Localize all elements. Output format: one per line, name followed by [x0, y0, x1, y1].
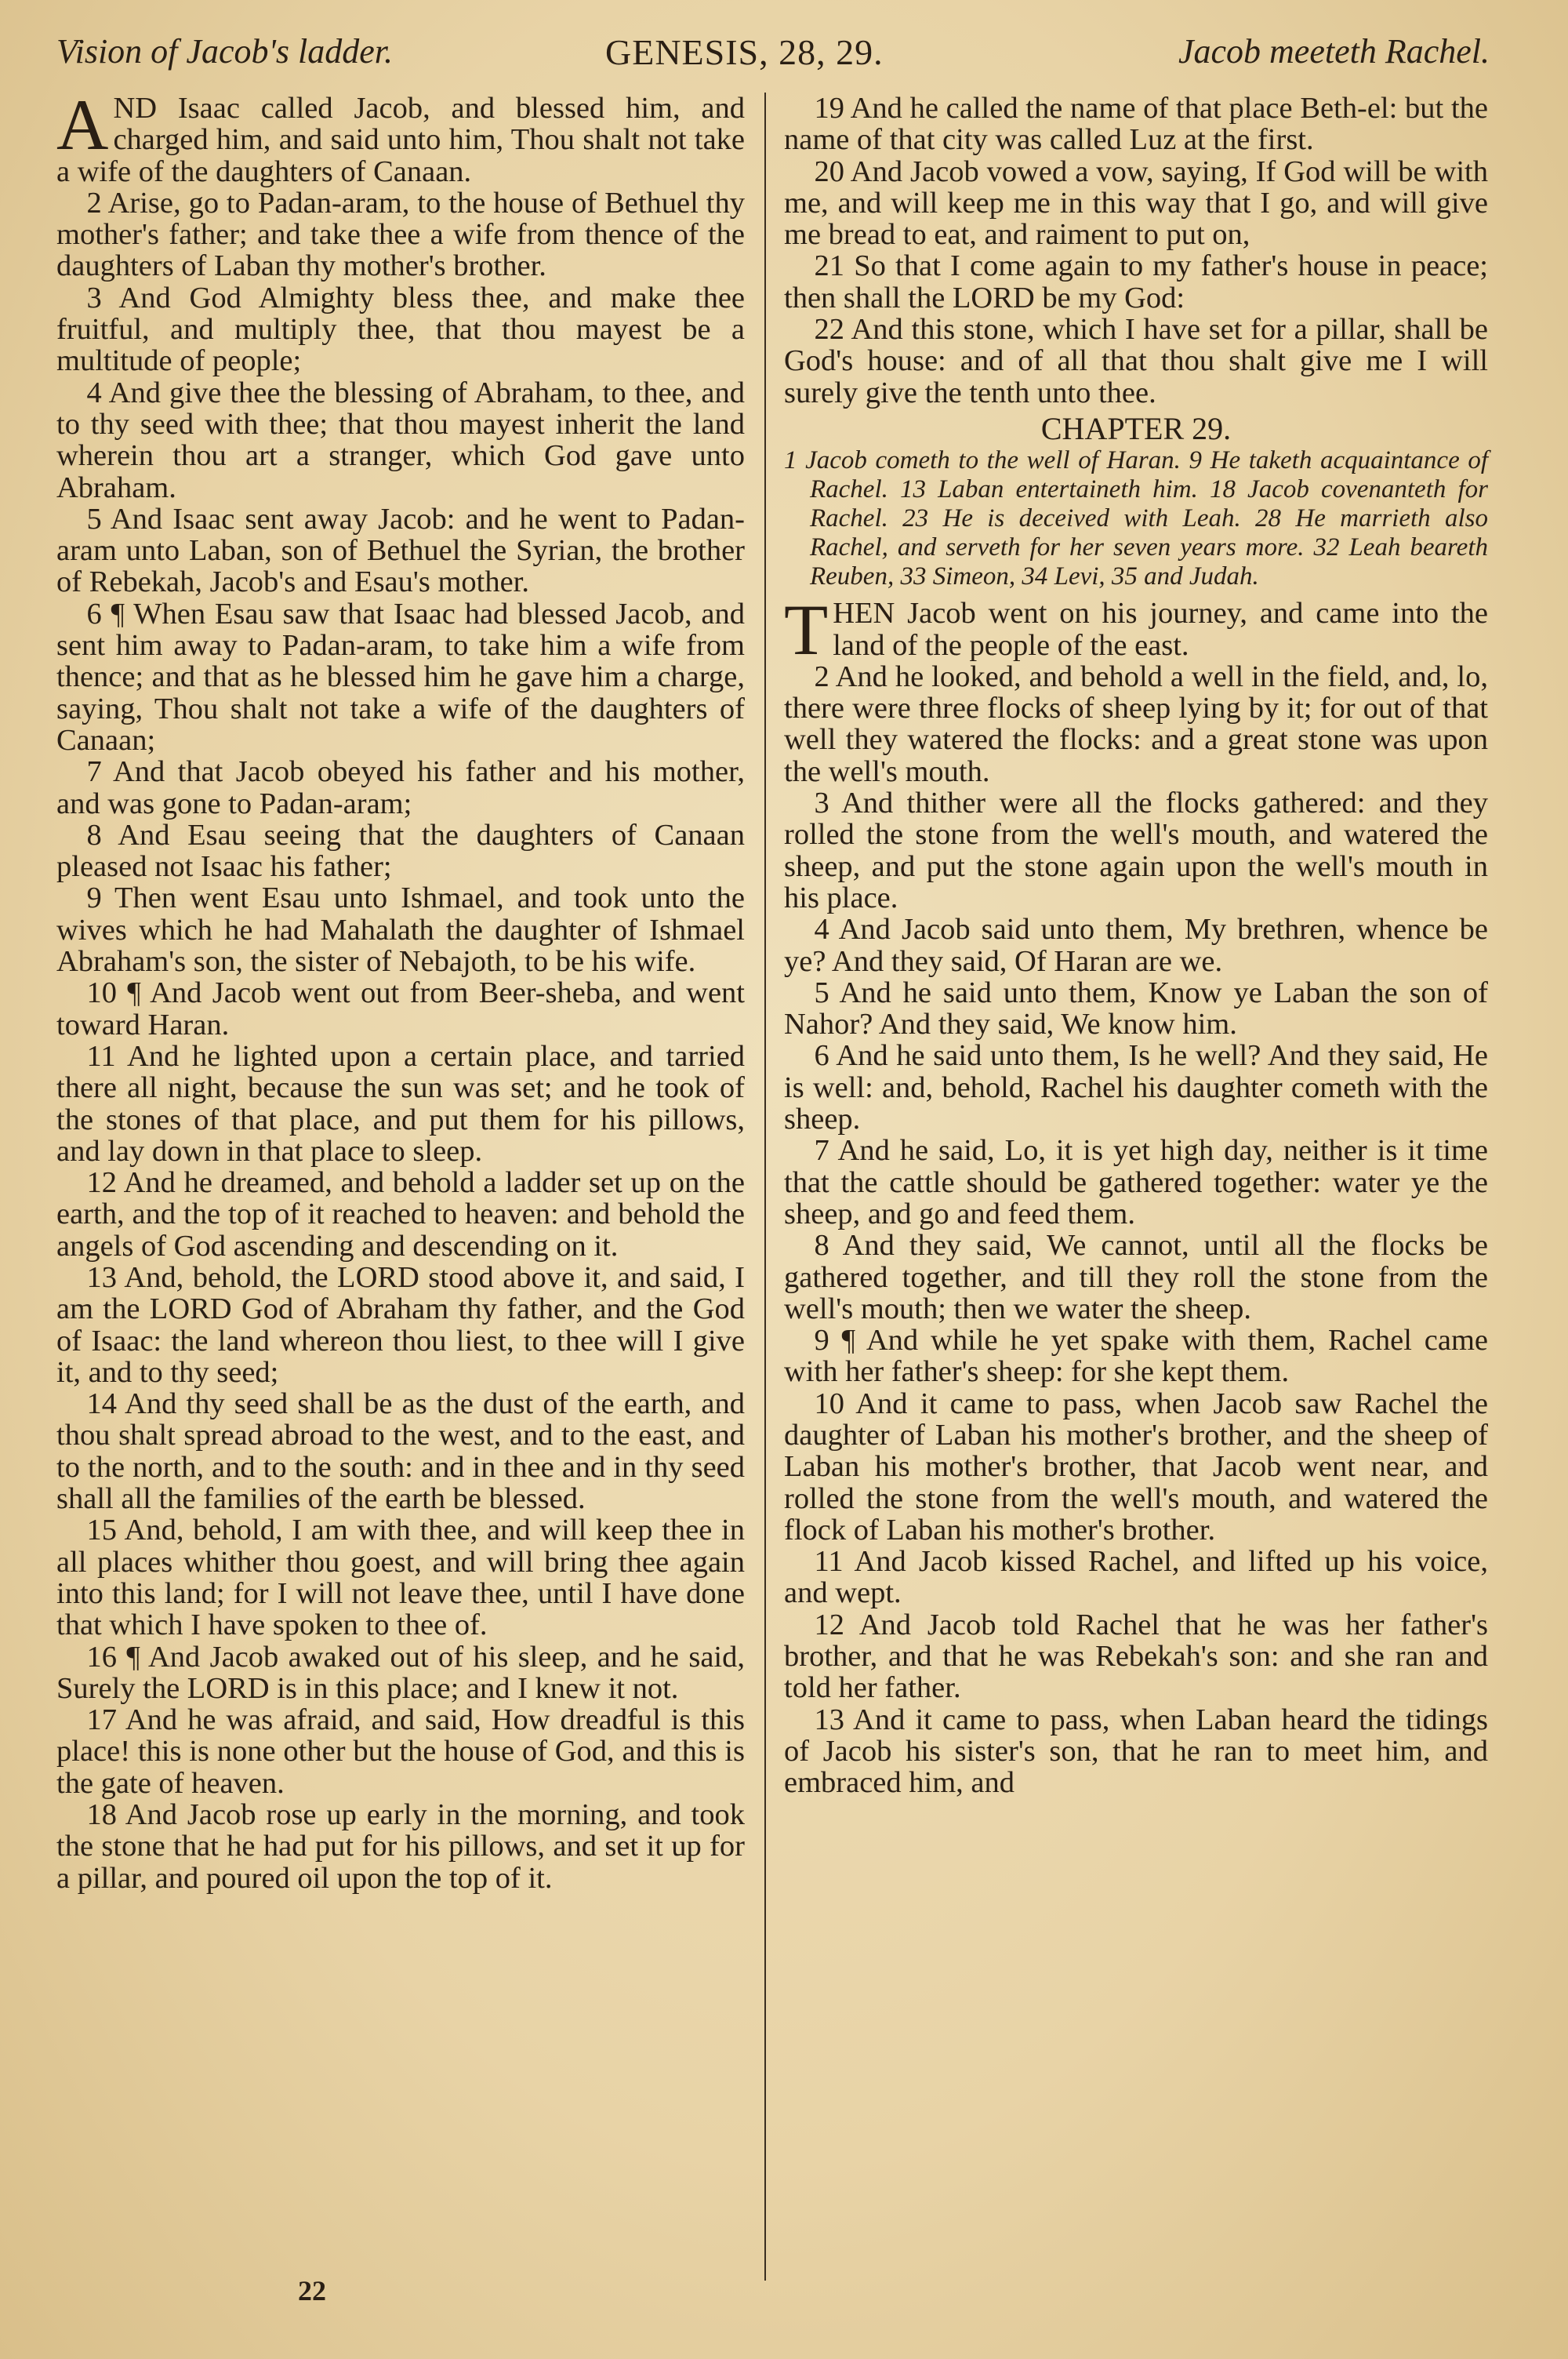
verse-1: AND Isaac called Jacob, and blessed him,… [56, 93, 745, 187]
page-number: 22 [298, 2274, 326, 2307]
right-column: 19 And he called the name of that place … [784, 93, 1488, 1799]
verse: 7 And he said, Lo, it is yet high day, n… [784, 1135, 1488, 1230]
drop-cap: T [784, 599, 828, 660]
header-right-title: Jacob meeteth Rachel. [1178, 31, 1490, 71]
verse: 13 And it came to pass, when Laban heard… [784, 1704, 1488, 1799]
verse: 16 ¶ And Jacob awaked out of his sleep, … [56, 1641, 745, 1705]
chapter-summary: 1 Jacob cometh to the well of Haran. 9 H… [784, 446, 1488, 591]
verse: 8 And they said, We cannot, until all th… [784, 1230, 1488, 1325]
header-book-chapter: GENESIS, 28, 29. [605, 31, 884, 73]
verse: 10 ¶ And Jacob went out from Beer-sheba,… [56, 977, 745, 1041]
verse: 8 And Esau seeing that the daughters of … [56, 820, 745, 883]
verse: 20 And Jacob vowed a vow, saying, If God… [784, 156, 1488, 251]
verse: 22 And this stone, which I have set for … [784, 314, 1488, 409]
running-header: Vision of Jacob's ladder. GENESIS, 28, 2… [56, 31, 1490, 86]
verse: 13 And, behold, the LORD stood above it,… [56, 1262, 745, 1388]
verse: 3 And thither were all the flocks gather… [784, 787, 1488, 914]
chapter-heading: CHAPTER 29. [784, 413, 1488, 445]
bible-page: Vision of Jacob's ladder. GENESIS, 28, 2… [0, 0, 1568, 2359]
verse: 11 And Jacob kissed Rachel, and lifted u… [784, 1546, 1488, 1609]
verse: 10 And it came to pass, when Jacob saw R… [784, 1388, 1488, 1546]
verse: 5 And he said unto them, Know ye Laban t… [784, 977, 1488, 1041]
verse: 12 And he dreamed, and behold a ladder s… [56, 1167, 745, 1262]
verse: 9 ¶ And while he yet spake with them, Ra… [784, 1325, 1488, 1388]
verse: 14 And thy seed shall be as the dust of … [56, 1388, 745, 1514]
verse: 19 And he called the name of that place … [784, 93, 1488, 156]
verse: 4 And give thee the blessing of Abraham,… [56, 377, 745, 503]
verse: 6 ¶ When Esau saw that Isaac had blessed… [56, 598, 745, 756]
drop-cap: A [56, 94, 108, 155]
verse: 15 And, behold, I am with thee, and will… [56, 1514, 745, 1641]
verse: 2 And he looked, and behold a well in th… [784, 661, 1488, 787]
verse-1: THEN Jacob went on his journey, and came… [784, 598, 1488, 661]
verse: 17 And he was afraid, and said, How drea… [56, 1704, 745, 1799]
verse: 11 And he lighted upon a certain place, … [56, 1041, 745, 1167]
verse: 2 Arise, go to Padan-aram, to the house … [56, 187, 745, 282]
column-divider [764, 93, 766, 2281]
header-left-title: Vision of Jacob's ladder. [56, 31, 393, 71]
verse: 18 And Jacob rose up early in the mornin… [56, 1799, 745, 1894]
verse: 5 And Isaac sent away Jacob: and he went… [56, 503, 745, 598]
verse: 4 And Jacob said unto them, My brethren,… [784, 914, 1488, 977]
verse: 6 And he said unto them, Is he well? And… [784, 1040, 1488, 1135]
verse: 9 Then went Esau unto Ishmael, and took … [56, 882, 745, 977]
verse: 12 And Jacob told Rachel that he was her… [784, 1609, 1488, 1704]
verse: 21 So that I come again to my father's h… [784, 250, 1488, 314]
verse: 7 And that Jacob obeyed his father and h… [56, 756, 745, 820]
verse: 3 And God Almighty bless thee, and make … [56, 282, 745, 377]
left-column: AND Isaac called Jacob, and blessed him,… [56, 93, 745, 1894]
